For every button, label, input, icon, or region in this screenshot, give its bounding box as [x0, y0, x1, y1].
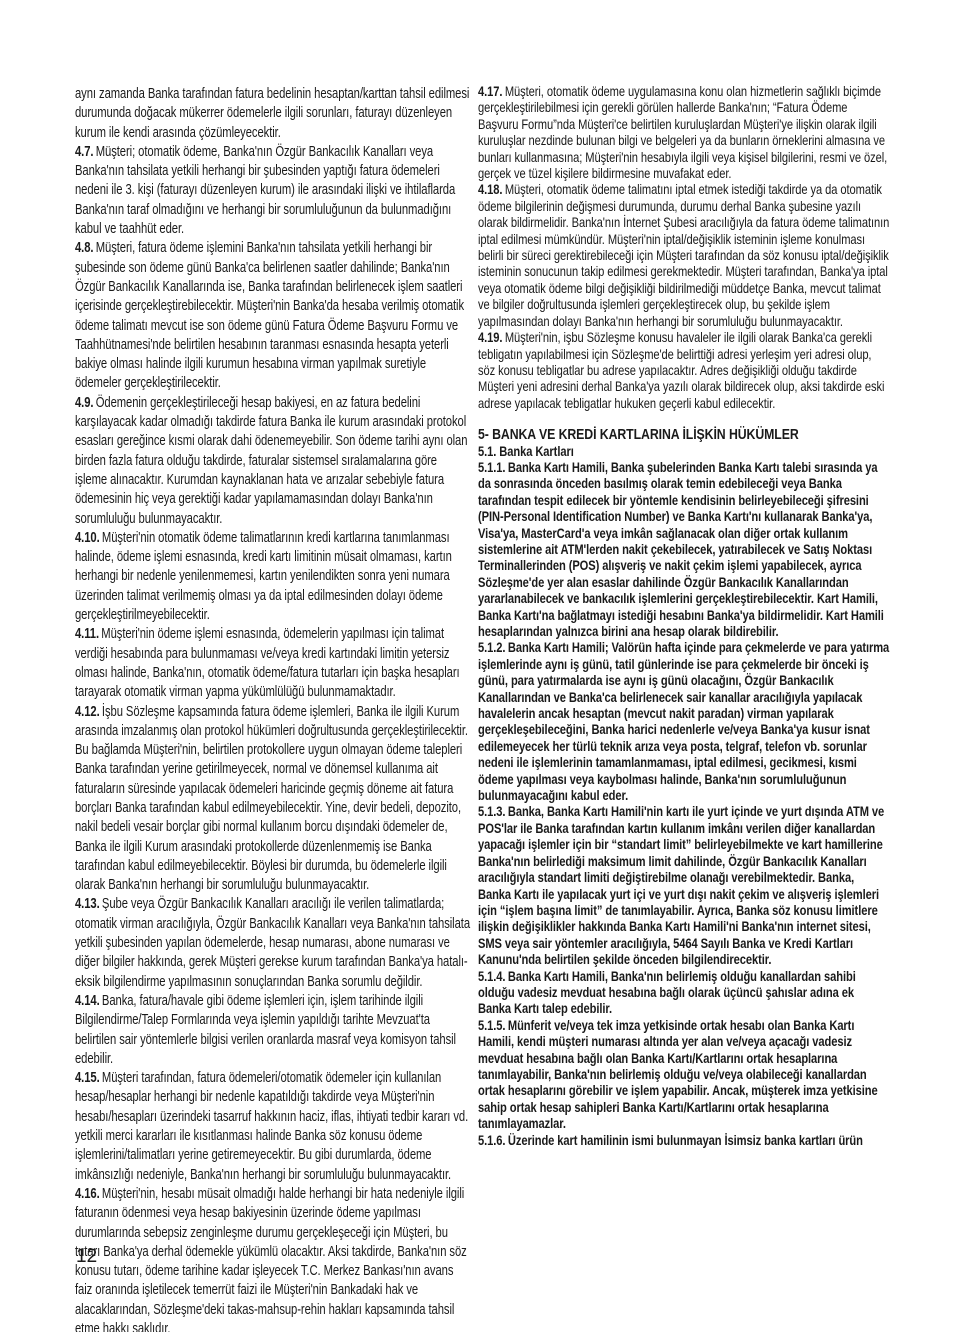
clause-text: Banka Kartı Hamili, Banka şubelerinden B…: [478, 460, 884, 639]
clause-text: Şube veya Özgür Bankacılık Kanalları ara…: [75, 895, 470, 989]
clause-number: 5.1.6.: [478, 1133, 505, 1148]
clause-number: 5.1.5.: [478, 1018, 505, 1033]
clause-4-19: 4.19.Müşteri'nin, işbu Sözleşme konusu h…: [478, 330, 890, 412]
clause-4-18: 4.18.Müşteri, otomatik ödeme talimatını …: [478, 182, 890, 330]
clause-5-1-6: 5.1.6.Üzerinde kart hamilinin ismi bulun…: [478, 1133, 890, 1149]
clause-text: Banka, fatura/havale gibi ödeme işlemler…: [75, 992, 456, 1067]
clause-4-15: 4.15.Müşteri tarafından, fatura ödemeler…: [75, 1068, 471, 1184]
clause-number: 4.18.: [478, 182, 502, 197]
clause-text: Müşteri'nin ödeme işlemi esnasında, ödem…: [75, 625, 460, 700]
clause-text: Ödemenin gerçekleştirileceği hesap bakiy…: [75, 394, 467, 527]
clause-text: Banka Kartı Hamili, Banka'nın belirlemiş…: [478, 969, 856, 1017]
clause-5-1-2: 5.1.2.Banka Kartı Hamili; Valörün hafta …: [478, 640, 890, 804]
clause-text: Müşteri; otomatik ödeme, Banka'nın Özgür…: [75, 143, 455, 237]
clause-4-14: 4.14.Banka, fatura/havale gibi ödeme işl…: [75, 991, 471, 1068]
clause-4-6-continuation: aynı zamanda Banka tarafından fatura bed…: [75, 84, 471, 142]
clause-number: 5.1.2.: [478, 640, 505, 655]
section-heading-5: 5- BANKA VE KREDİ KARTLARINA İLİŞKİN HÜK…: [478, 427, 890, 443]
clause-5-1-4: 5.1.4.Banka Kartı Hamili, Banka'nın beli…: [478, 969, 890, 1018]
subsection-heading-5-1: 5.1. Banka Kartları: [478, 444, 890, 460]
page-number: 12: [76, 1246, 97, 1268]
clause-text: Müşteri'nin, hesabı müsait olmadığı hald…: [75, 1185, 467, 1332]
clause-text: aynı zamanda Banka tarafından fatura bed…: [75, 85, 469, 141]
clause-4-9: 4.9.Ödemenin gerçekleştirileceği hesap b…: [75, 393, 471, 528]
clause-number: 4.10.: [75, 529, 100, 546]
clause-text: Müşteri, otomatik ödeme uygulamasına kon…: [478, 84, 887, 181]
clause-text: Müşteri'nin, işbu Sözleşme konusu havale…: [478, 330, 884, 411]
clause-4-10: 4.10.Müşteri'nin otomatik ödeme talimatl…: [75, 528, 471, 624]
clause-4-8: 4.8.Müşteri, fatura ödeme işlemini Banka…: [75, 238, 471, 392]
clause-number: 4.12.: [75, 703, 100, 720]
clause-number: 5.1.4.: [478, 969, 505, 984]
clause-number: 4.8.: [75, 239, 93, 256]
clause-5-1-1: 5.1.1.Banka Kartı Hamili, Banka şubeleri…: [478, 460, 890, 640]
bank-cards-clauses: 5.1.1.Banka Kartı Hamili, Banka şubeleri…: [478, 460, 890, 1149]
clause-5-1-5: 5.1.5.Münferit ve/veya tek imza yetkisin…: [478, 1018, 890, 1133]
clause-text: İşbu Sözleşme kapsamında fatura ödeme iş…: [75, 703, 468, 894]
clause-number: 4.19.: [478, 330, 502, 345]
clause-text: Müşteri, fatura ödeme işlemini Banka'nın…: [75, 239, 464, 391]
clause-4-12: 4.12.İşbu Sözleşme kapsamında fatura öde…: [75, 702, 471, 895]
clause-4-7: 4.7.Müşteri; otomatik ödeme, Banka'nın Ö…: [75, 142, 471, 238]
clause-number: 4.13.: [75, 895, 100, 912]
clause-4-11: 4.11.Müşteri'nin ödeme işlemi esnasında,…: [75, 624, 471, 701]
clause-number: 4.9.: [75, 394, 93, 411]
clause-4-16: 4.16.Müşteri'nin, hesabı müsait olmadığı…: [75, 1184, 471, 1332]
clause-number: 5.1.3.: [478, 804, 505, 819]
clause-4-13: 4.13.Şube veya Özgür Bankacılık Kanallar…: [75, 894, 471, 990]
clause-number: 4.16.: [75, 1185, 100, 1202]
clause-number: 4.15.: [75, 1069, 100, 1086]
clause-text: Müşteri, otomatik ödeme talimatını iptal…: [478, 182, 889, 328]
clause-number: 4.11.: [75, 625, 99, 642]
clause-text: Münferit ve/veya tek imza yetkisinde ort…: [478, 1018, 878, 1131]
clause-number: 5.1.1.: [478, 460, 505, 475]
clause-5-1-3: 5.1.3.Banka, Banka Kartı Hamili'nin kart…: [478, 804, 890, 968]
clause-4-17: 4.17.Müşteri, otomatik ödeme uygulamasın…: [478, 84, 890, 182]
section-spacer: [478, 412, 890, 427]
clause-text: Banka, Banka Kartı Hamili'nin kartı ile …: [478, 804, 884, 967]
clause-text: Müşteri tarafından, fatura ödemeleri/oto…: [75, 1069, 468, 1182]
right-column: 4.17.Müşteri, otomatik ödeme uygulamasın…: [478, 84, 890, 1149]
clause-text: Müşteri'nin otomatik ödeme talimatlarını…: [75, 529, 452, 623]
left-column: aynı zamanda Banka tarafından fatura bed…: [75, 84, 471, 1332]
clause-number: 4.17.: [478, 84, 502, 99]
clause-number: 4.14.: [75, 992, 100, 1009]
clause-text: Banka Kartı Hamili; Valörün hafta içinde…: [478, 640, 889, 803]
document-page: aynı zamanda Banka tarafından fatura bed…: [0, 0, 960, 1332]
clause-text: Üzerinde kart hamilinin ismi bulunmayan …: [508, 1133, 863, 1148]
clause-number: 4.7.: [75, 143, 93, 160]
